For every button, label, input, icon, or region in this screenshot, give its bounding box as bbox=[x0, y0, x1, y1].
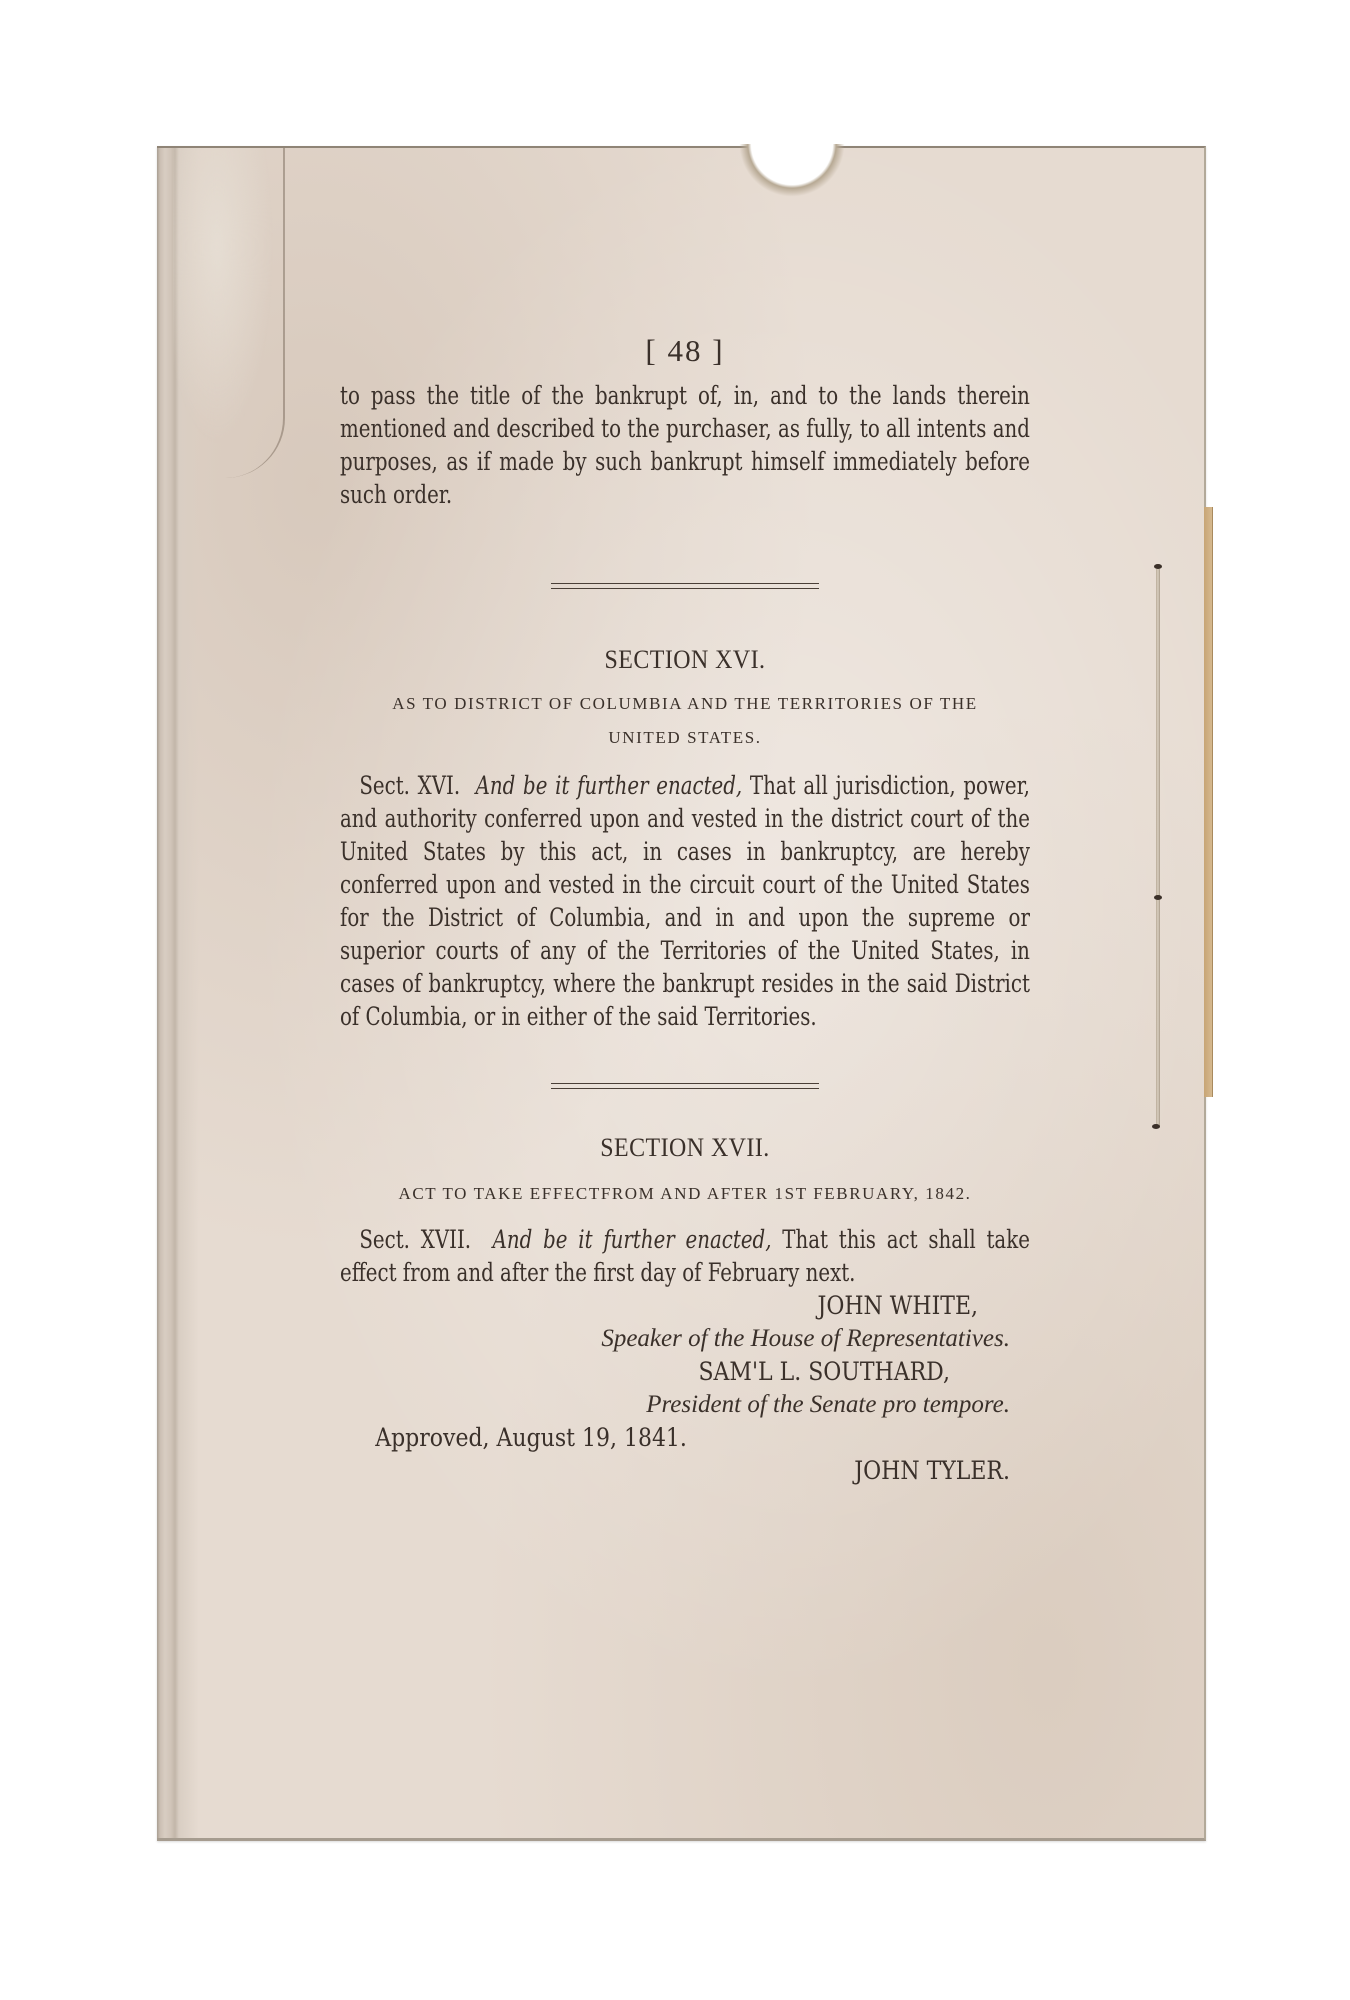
section-xvi-body: Sect. XVI. And be it further enacted, Th… bbox=[340, 769, 1030, 1033]
sect-label: Sect. XVI. bbox=[359, 771, 460, 800]
page-number: [ 48 ] bbox=[340, 333, 1030, 369]
section-xvii-body: Sect. XVII. And be it further enacted, T… bbox=[340, 1223, 1030, 1289]
speaker-title: Speaker of the House of Representatives. bbox=[340, 1322, 1010, 1355]
page-content: [ 48 ] to pass the title of the bankrupt… bbox=[340, 333, 1030, 1487]
protruding-leaf-edge bbox=[1204, 507, 1213, 1097]
enacting-clause: And be it further enacted, bbox=[493, 1225, 772, 1254]
section-xvii-heading: SECTION XVII. bbox=[368, 1133, 1003, 1163]
approval-date: Approved, August 19, 1841. bbox=[340, 1421, 930, 1454]
enacting-clause: And be it further enacted, bbox=[476, 771, 743, 800]
signature-block: JOHN WHITE, Speaker of the House of Repr… bbox=[340, 1289, 1010, 1487]
stitch-hole bbox=[1154, 564, 1162, 569]
senate-president-name: SAM'L L. SOUTHARD, bbox=[413, 1355, 950, 1388]
stitch-hole bbox=[1152, 1124, 1160, 1129]
binding-stitch bbox=[1156, 568, 1160, 1128]
president-name: JOHN TYLER. bbox=[420, 1454, 1010, 1487]
senate-president-title: President of the Senate pro tempore. bbox=[340, 1388, 1010, 1421]
sect-label: Sect. XVII. bbox=[359, 1225, 471, 1254]
top-edge-tear bbox=[732, 144, 852, 204]
stitch-hole bbox=[1154, 895, 1162, 900]
section-xvii-subtitle: ACT TO TAKE EFFECTFROM AND AFTER 1ST FEB… bbox=[340, 1177, 1030, 1211]
section-xvi-heading: SECTION XVI. bbox=[368, 645, 1003, 675]
section-text: That all jurisdiction, power, and author… bbox=[340, 771, 1030, 1031]
water-stain bbox=[173, 148, 285, 478]
speaker-name: JOHN WHITE, bbox=[417, 1289, 978, 1322]
continuation-paragraph: to pass the title of the bankrupt of, in… bbox=[340, 379, 1030, 511]
section-xvi-subtitle: AS TO DISTRICT OF COLUMBIA AND THE TERRI… bbox=[340, 687, 1030, 755]
